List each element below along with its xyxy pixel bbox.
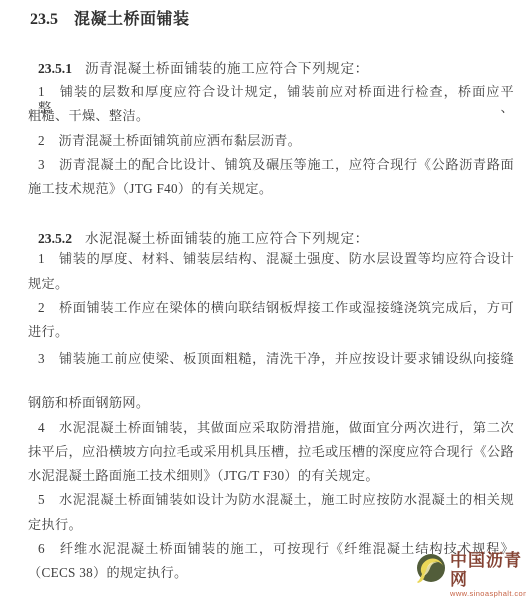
body-line: 水泥混凝土路面施工技术细则》（JTG/T F30）的有关规定。 <box>28 468 514 484</box>
body-line: 钢筋和桥面钢筋网。 <box>28 395 514 411</box>
body-line: 进行。 <box>28 324 514 340</box>
section-number: 23.5 <box>30 11 58 28</box>
swoosh-globe-icon <box>414 553 448 589</box>
body-line: 2 桥面铺装工作应在梁体的横向联结钢板焊接工作或湿接缝浇筑完成后，方可 <box>38 300 514 316</box>
body-line: 粗糙、干燥、整洁。 <box>28 108 514 124</box>
body-line: 抹平后，应沿横坡方向拉毛或采用机具压槽，拉毛或压槽的深度应符合现行《公路 <box>28 444 514 460</box>
body-line: 3 沥青混凝土的配合比设计、铺筑及碾压等施工，应符合现行《公路沥青路面 <box>38 157 514 173</box>
body-line: 5 水泥混凝土桥面铺装如设计为防水混凝土，施工时应按防水混凝土的相关规 <box>38 492 514 508</box>
body-line: 2 沥青混凝土桥面铺筑前应洒布黏层沥青。 <box>38 133 514 149</box>
watermark-text-block: 中国沥青网 www.sinoasphalt.com <box>450 551 526 598</box>
body-line: 3 铺装施工前应使梁、板顶面粗糙，清洗干净，并应按设计要求铺设纵向接缝 <box>38 351 514 367</box>
body-line: 施工技术规范》（JTG F40）的有关规定。 <box>28 181 514 197</box>
clause-text: 沥青混凝土桥面铺装的施工应符合下列规定： <box>85 61 369 76</box>
body-line: 定执行。 <box>28 517 514 533</box>
clause-number: 23.5.2 <box>38 231 72 246</box>
clause-text: 水泥混凝土桥面铺装的施工应符合下列规定： <box>85 231 369 246</box>
section-heading: 23.5混凝土桥面铺装 <box>30 6 190 29</box>
watermark-site-name: 中国沥青网 <box>450 551 526 589</box>
watermark-site-url: www.sinoasphalt.com <box>450 589 526 598</box>
site-watermark: 中国沥青网 www.sinoasphalt.com <box>414 551 526 598</box>
clause-heading-23-5-1: 23.5.1沥青混凝土桥面铺装的施工应符合下列规定： <box>38 57 369 77</box>
clause-number: 23.5.1 <box>38 61 72 76</box>
clause-heading-23-5-2: 23.5.2水泥混凝土桥面铺装的施工应符合下列规定： <box>38 227 369 247</box>
section-title: 混凝土桥面铺装 <box>74 11 190 28</box>
body-line: 1 铺装的厚度、材料、铺装层结构、混凝土强度、防水层设置等均应符合设计 <box>38 251 514 267</box>
document-page: 23.5混凝土桥面铺装 23.5.1沥青混凝土桥面铺装的施工应符合下列规定： 1… <box>0 0 526 601</box>
body-line: 4 水泥混凝土桥面铺装，其做面应采取防滑措施，做面宜分两次进行，第二次 <box>38 420 514 436</box>
body-line: 规定。 <box>28 276 514 292</box>
